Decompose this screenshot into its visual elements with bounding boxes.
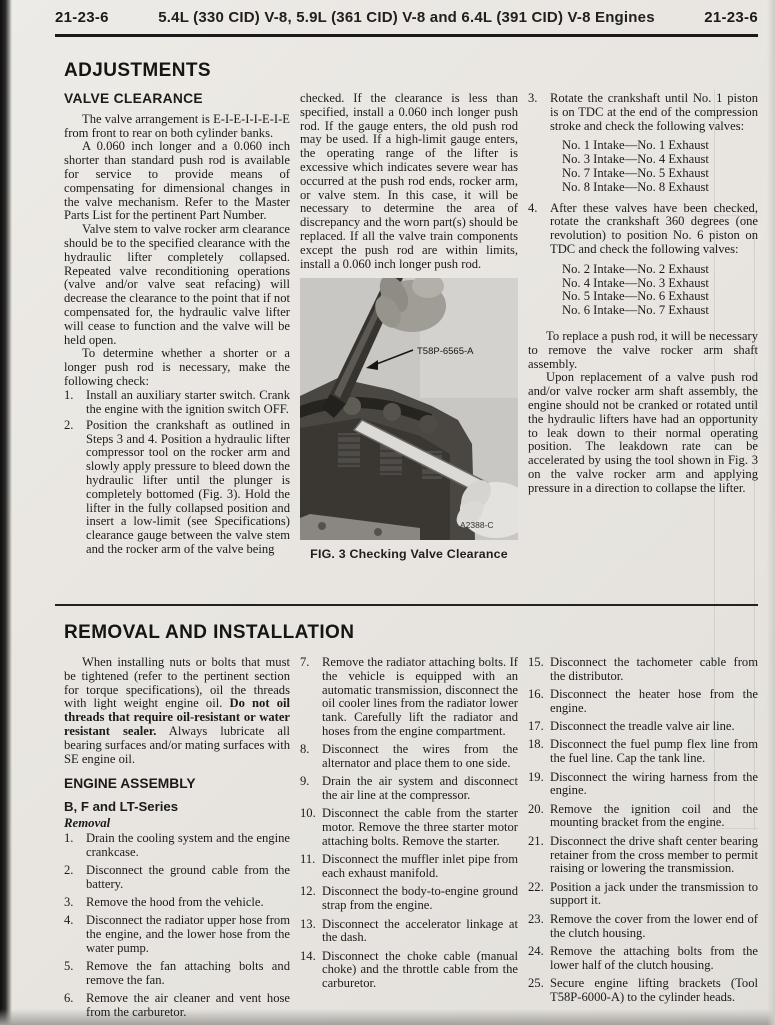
- list-item-text: Remove the fan attaching bolts and remov…: [86, 960, 290, 988]
- paragraph: To determine whether a shorter or a long…: [64, 347, 290, 388]
- figure-photo-code: A2388-C: [460, 520, 494, 530]
- page-number-left: 21-23-6: [55, 9, 109, 26]
- paragraph: checked. If the clearance is less than s…: [300, 92, 518, 271]
- list-item-text: Drain the cooling system and the engine …: [86, 832, 290, 860]
- list-item: 24.Remove the attaching bolts from the l…: [528, 945, 758, 973]
- removal-column-2: 7.Remove the radiator attaching bolts. I…: [300, 656, 518, 1024]
- valve-clearance-heading: VALVE CLEARANCE: [64, 92, 290, 106]
- page-title: 5.4L (330 CID) V-8, 5.9L (361 CID) V-8 a…: [109, 9, 704, 26]
- series-heading: B, F and LT-Series: [64, 800, 290, 814]
- list-item-text: Disconnect the cable from the starter mo…: [322, 807, 518, 848]
- paragraph: Upon replacement of a valve push rod and…: [528, 371, 758, 495]
- valve-check-list: No. 1 Intake—No. 1 Exhaust No. 3 Intake—…: [528, 139, 758, 194]
- valve-check-list: No. 2 Intake—No. 2 Exhaust No. 4 Intake—…: [528, 263, 758, 318]
- list-item-text: Remove the ignition coil and the mountin…: [550, 803, 758, 831]
- list-item-text: Disconnect the drive shaft center bearin…: [550, 835, 758, 876]
- list-item-number: 15.: [528, 656, 550, 684]
- list-item: 3. Rotate the crankshaft until No. 1 pis…: [528, 92, 758, 133]
- list-item: 20.Remove the ignition coil and the moun…: [528, 803, 758, 831]
- list-item: 12.Disconnect the body-to-engine ground …: [300, 885, 518, 913]
- list-item-text: Rotate the crankshaft until No. 1 piston…: [550, 92, 758, 133]
- list-item: 10.Disconnect the cable from the starter…: [300, 807, 518, 848]
- list-item: 7.Remove the radiator attaching bolts. I…: [300, 656, 518, 739]
- list-item-text: After these valves have been checked, ro…: [550, 202, 758, 257]
- section-divider-rule: [55, 604, 758, 606]
- list-item-text: Drain the air system and disconnect the …: [322, 775, 518, 803]
- valve-pair: No. 7 Intake—No. 5 Exhaust: [528, 167, 758, 181]
- list-item-text: Disconnect the choke cable (manual choke…: [322, 950, 518, 991]
- adjustments-column-3: 3. Rotate the crankshaft until No. 1 pis…: [528, 92, 758, 562]
- list-item: 8.Disconnect the wires from the alternat…: [300, 743, 518, 771]
- removal-column-1: When installing nuts or bolts that must …: [64, 656, 290, 1024]
- section-heading-removal-installation: REMOVAL AND INSTALLATION: [64, 622, 354, 644]
- list-item-text: Disconnect the fuel pump flex line from …: [550, 738, 758, 766]
- list-item-text: Remove the hood from the vehicle.: [86, 896, 290, 910]
- list-item: 22.Position a jack under the transmissio…: [528, 881, 758, 909]
- paragraph: A 0.060 inch longer and a 0.060 inch sho…: [64, 140, 290, 223]
- list-item-number: 11.: [300, 853, 322, 881]
- manual-page: 21-23-6 5.4L (330 CID) V-8, 5.9L (361 CI…: [0, 0, 775, 1025]
- list-item: 23.Remove the cover from the lower end o…: [528, 913, 758, 941]
- list-item-text: Disconnect the muffler inlet pipe from e…: [322, 853, 518, 881]
- engine-assembly-heading: ENGINE ASSEMBLY: [64, 777, 290, 791]
- page-header: 21-23-6 5.4L (330 CID) V-8, 5.9L (361 CI…: [55, 9, 758, 26]
- list-item-number: 24.: [528, 945, 550, 973]
- list-item: 2.Disconnect the ground cable from the b…: [64, 864, 290, 892]
- list-item-number: 9.: [300, 775, 322, 803]
- list-item: 14.Disconnect the choke cable (manual ch…: [300, 950, 518, 991]
- valve-pair: No. 8 Intake—No. 8 Exhaust: [528, 181, 758, 195]
- list-item-number: 1.: [64, 389, 86, 417]
- removal-subheading: Removal: [64, 817, 290, 831]
- list-item-number: 7.: [300, 656, 322, 739]
- list-item-number: 21.: [528, 835, 550, 876]
- header-rule: [55, 34, 758, 37]
- list-item-text: Disconnect the wires from the alternator…: [322, 743, 518, 771]
- list-item-number: 14.: [300, 950, 322, 991]
- list-item: 19.Disconnect the wiring harness from th…: [528, 771, 758, 799]
- removal-columns: When installing nuts or bolts that must …: [64, 656, 758, 1024]
- list-item: 18.Disconnect the fuel pump flex line fr…: [528, 738, 758, 766]
- list-item-text: Disconnect the tachometer cable from the…: [550, 656, 758, 684]
- tool-callout-label: T58P-6565-A: [417, 346, 474, 357]
- list-item: 6.Remove the air cleaner and vent hose f…: [64, 992, 290, 1020]
- list-item: 2. Position the crankshaft as outlined i…: [64, 419, 290, 557]
- scan-edge-left: [0, 0, 12, 1025]
- list-item-number: 18.: [528, 738, 550, 766]
- list-item-number: 13.: [300, 918, 322, 946]
- list-item-number: 2.: [64, 419, 86, 557]
- paragraph: The valve arrangement is E-I-E-I-I-E-I-E…: [64, 113, 290, 141]
- list-item-number: 20.: [528, 803, 550, 831]
- list-item: 4.Disconnect the radiator upper hose fro…: [64, 914, 290, 955]
- list-item-text: Install an auxiliary starter switch. Cra…: [86, 389, 290, 417]
- list-item: 4. After these valves have been checked,…: [528, 202, 758, 257]
- scan-edge-right: [767, 0, 775, 1025]
- section-heading-adjustments: ADJUSTMENTS: [64, 60, 211, 82]
- list-item-number: 3.: [528, 92, 550, 133]
- list-item-text: Position a jack under the transmission t…: [550, 881, 758, 909]
- list-item-text: Disconnect the body-to-engine ground str…: [322, 885, 518, 913]
- figure-caption: FIG. 3 Checking Valve Clearance: [300, 548, 518, 562]
- adjustments-column-2: checked. If the clearance is less than s…: [300, 92, 518, 562]
- list-item: 16.Disconnect the heater hose from the e…: [528, 688, 758, 716]
- list-item-number: 8.: [300, 743, 322, 771]
- list-item-text: Disconnect the accelerator linkage at th…: [322, 918, 518, 946]
- figure-photo: T58P-6565-A A2388-C: [300, 278, 518, 540]
- list-item-text: Remove the attaching bolts from the lowe…: [550, 945, 758, 973]
- list-item: 1.Drain the cooling system and the engin…: [64, 832, 290, 860]
- paragraph: To replace a push rod, it will be necess…: [528, 330, 758, 371]
- list-item-number: 22.: [528, 881, 550, 909]
- list-item-number: 4.: [528, 202, 550, 257]
- valve-pair: No. 1 Intake—No. 1 Exhaust: [528, 139, 758, 153]
- list-item: 5.Remove the fan attaching bolts and rem…: [64, 960, 290, 988]
- list-item-text: Disconnect the wiring harness from the e…: [550, 771, 758, 799]
- adjustments-columns: VALVE CLEARANCE The valve arrangement is…: [64, 92, 758, 562]
- list-item-number: 23.: [528, 913, 550, 941]
- list-item-text: Disconnect the treadle valve air line.: [550, 720, 758, 734]
- valve-pair: No. 4 Intake—No. 3 Exhaust: [528, 277, 758, 291]
- page-number-right: 21-23-6: [704, 9, 758, 26]
- list-item-text: Disconnect the heater hose from the engi…: [550, 688, 758, 716]
- list-item-number: 1.: [64, 832, 86, 860]
- list-item: 1. Install an auxiliary starter switch. …: [64, 389, 290, 417]
- list-item-text: Disconnect the radiator upper hose from …: [86, 914, 290, 955]
- list-item-number: 19.: [528, 771, 550, 799]
- list-item: 9.Drain the air system and disconnect th…: [300, 775, 518, 803]
- list-item: 15.Disconnect the tachometer cable from …: [528, 656, 758, 684]
- list-item-text: Remove the air cleaner and vent hose fro…: [86, 992, 290, 1020]
- paragraph: Valve stem to valve rocker arm clearance…: [64, 223, 290, 347]
- list-item: 13.Disconnect the accelerator linkage at…: [300, 918, 518, 946]
- list-item: 3.Remove the hood from the vehicle.: [64, 896, 290, 910]
- list-item: 11.Disconnect the muffler inlet pipe fro…: [300, 853, 518, 881]
- list-item-number: 2.: [64, 864, 86, 892]
- valve-pair: No. 2 Intake—No. 2 Exhaust: [528, 263, 758, 277]
- list-item-text: Remove the radiator attaching bolts. If …: [322, 656, 518, 739]
- list-item-number: 16.: [528, 688, 550, 716]
- list-item-number: 10.: [300, 807, 322, 848]
- list-item-text: Disconnect the ground cable from the bat…: [86, 864, 290, 892]
- valve-pair: No. 3 Intake—No. 4 Exhaust: [528, 153, 758, 167]
- list-item-number: 4.: [64, 914, 86, 955]
- list-item-text: Position the crankshaft as outlined in S…: [86, 419, 290, 557]
- adjustments-column-1: VALVE CLEARANCE The valve arrangement is…: [64, 92, 290, 562]
- valve-pair: No. 6 Intake—No. 7 Exhaust: [528, 304, 758, 318]
- list-item: 25.Secure engine lifting brackets (Tool …: [528, 977, 758, 1005]
- list-item-text: Secure engine lifting brackets (Tool T58…: [550, 977, 758, 1005]
- list-item-number: 3.: [64, 896, 86, 910]
- list-item-number: 17.: [528, 720, 550, 734]
- removal-column-3: 15.Disconnect the tachometer cable from …: [528, 656, 758, 1024]
- list-item: 17.Disconnect the treadle valve air line…: [528, 720, 758, 734]
- list-item-number: 5.: [64, 960, 86, 988]
- figure-3: T58P-6565-A A2388-C FIG. 3 Checking Valv…: [300, 278, 518, 562]
- intro-paragraph: When installing nuts or bolts that must …: [64, 656, 290, 766]
- list-item-number: 25.: [528, 977, 550, 1005]
- list-item-text: Remove the cover from the lower end of t…: [550, 913, 758, 941]
- valve-pair: No. 5 Intake—No. 6 Exhaust: [528, 290, 758, 304]
- list-item-number: 6.: [64, 992, 86, 1020]
- list-item-number: 12.: [300, 885, 322, 913]
- list-item: 21.Disconnect the drive shaft center bea…: [528, 835, 758, 876]
